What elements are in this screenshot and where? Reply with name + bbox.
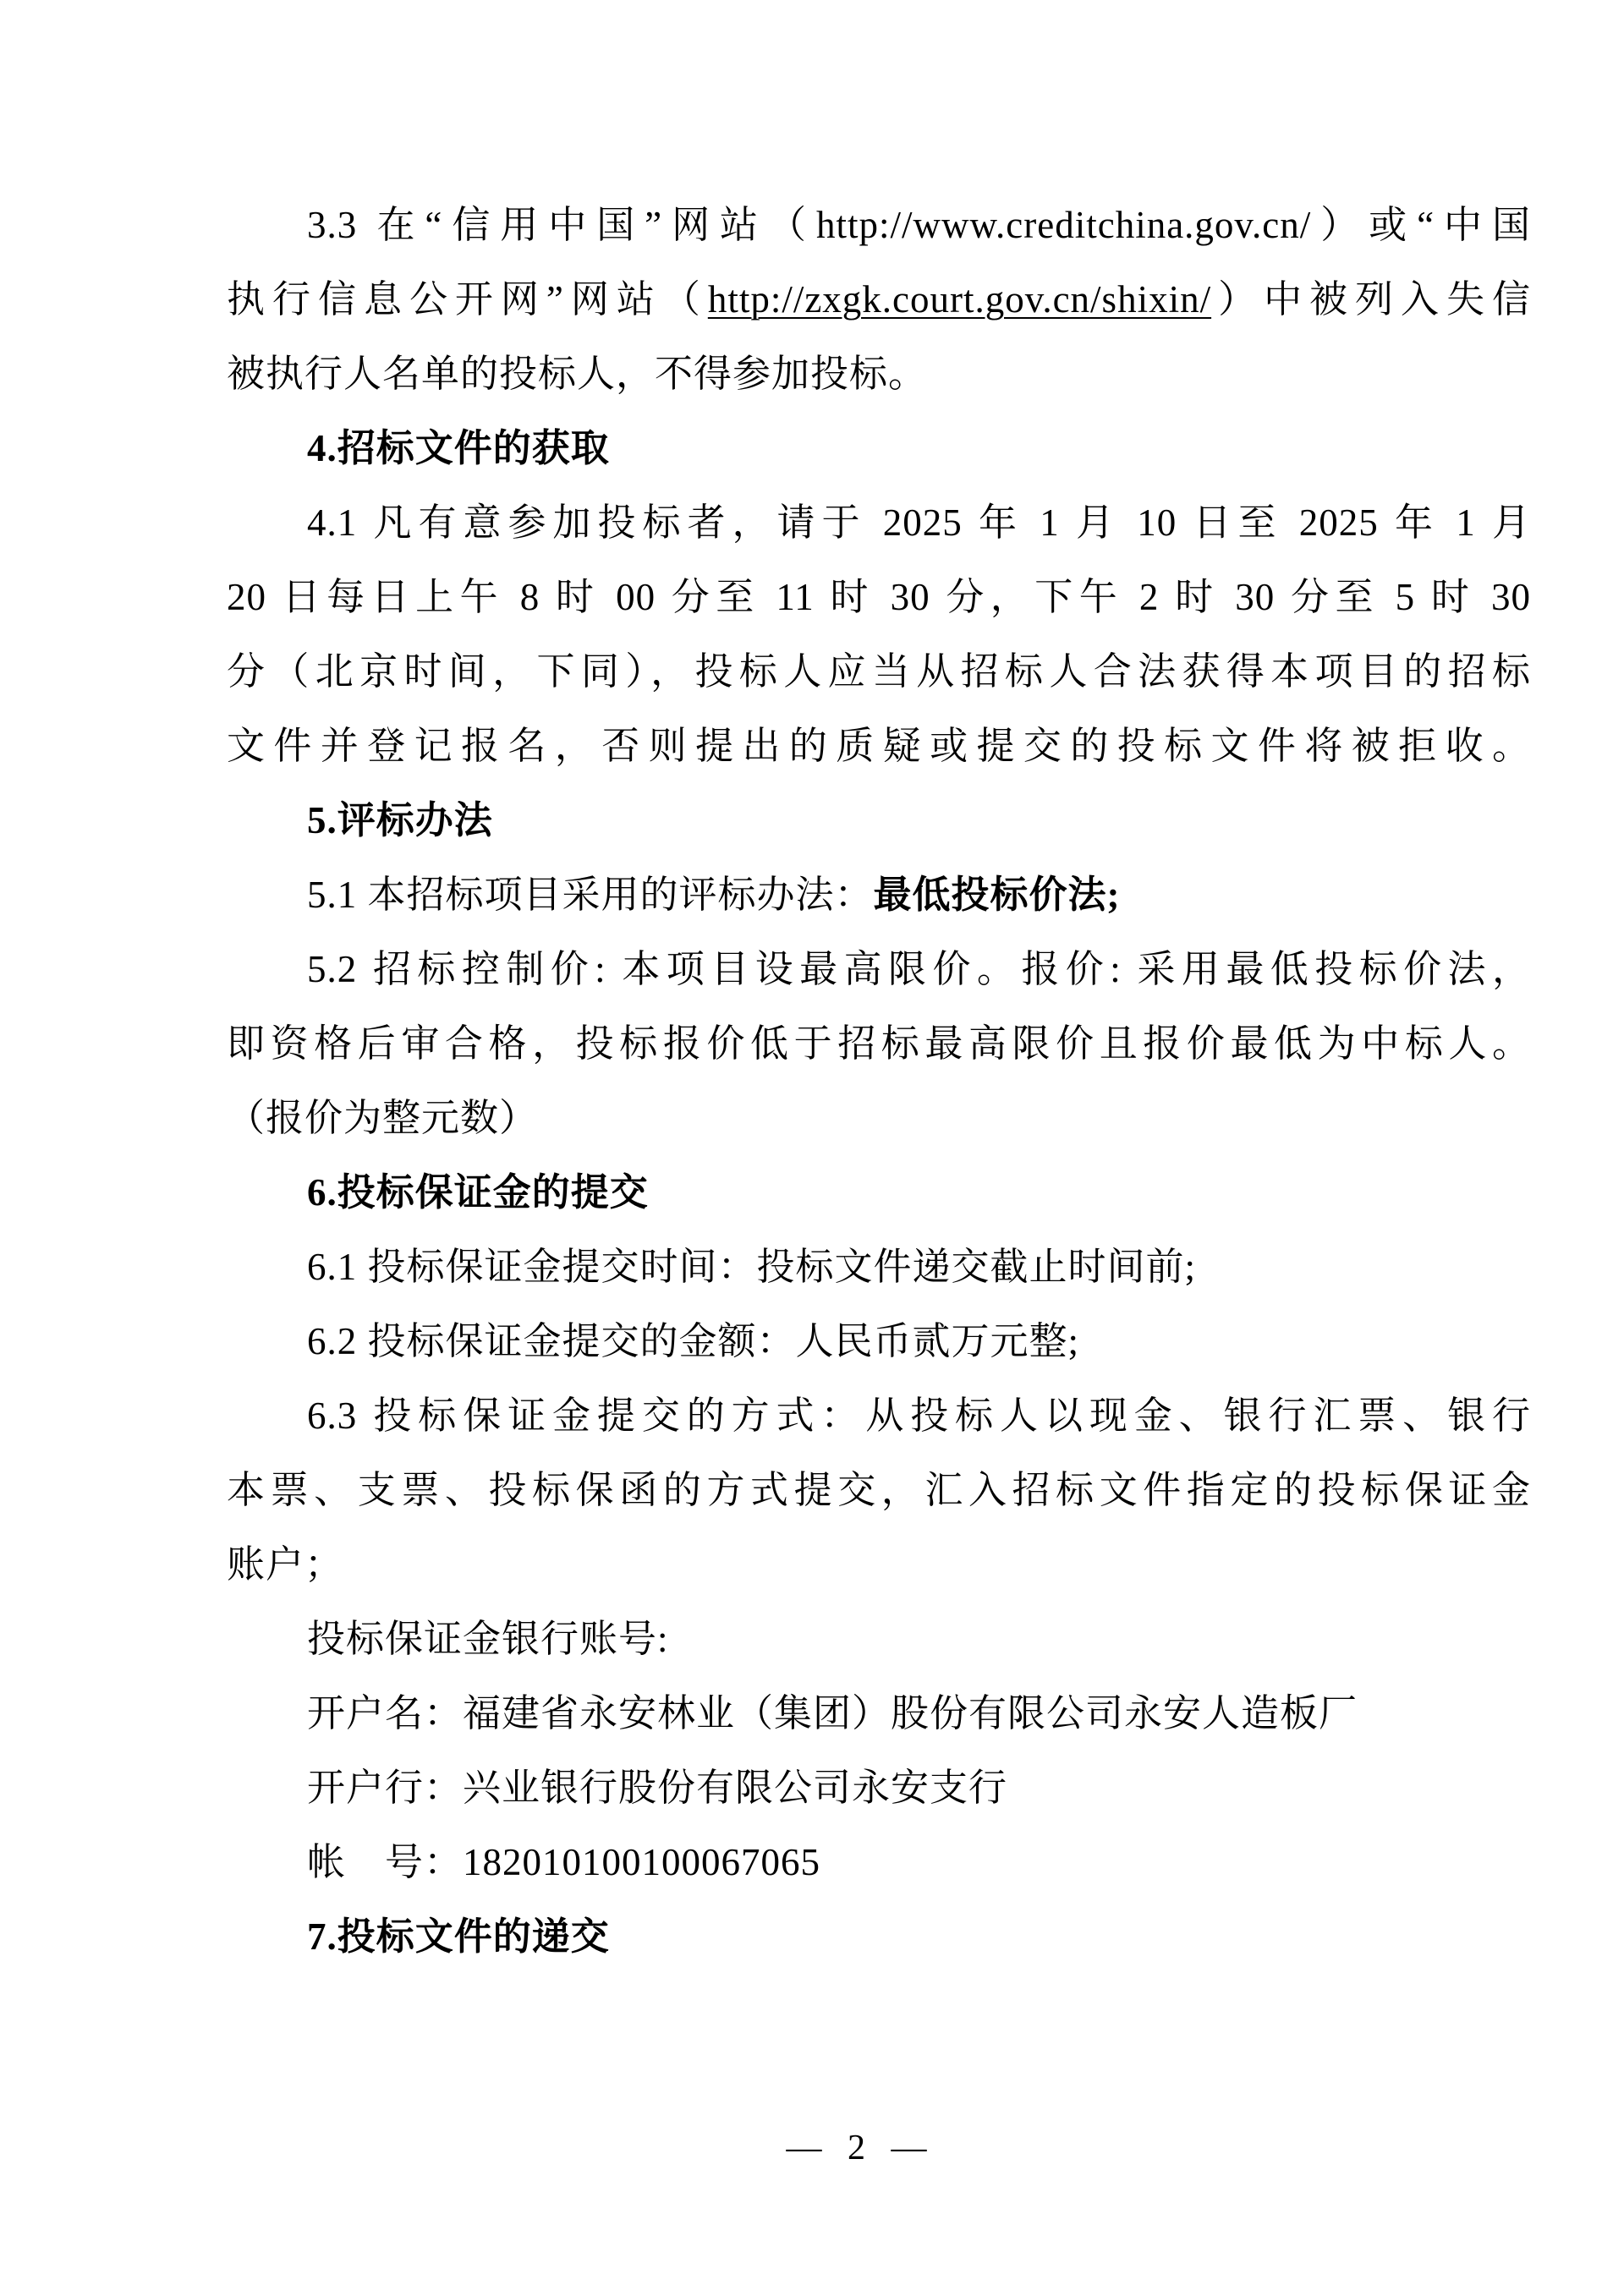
heading-line: 7.投标文件的递交 — [227, 1899, 1531, 1974]
text-line: 6.1 投标保证金提交时间：投标文件递交截止时间前; — [227, 1230, 1531, 1304]
text-line: 6.2 投标保证金提交的金额：人民币贰万元整; — [227, 1304, 1531, 1378]
text-line: 分（北京时间，下同），投标人应当从招标人合法获得本项目的招标 — [227, 634, 1531, 709]
emphasized-text: 最低投标价法; — [874, 874, 1121, 916]
text-line: 文件并登记报名，否则提出的质疑或提交的投标文件将被拒收。 — [227, 709, 1531, 783]
text-line: （报价为整元数） — [227, 1081, 1531, 1155]
text-line: 5.1 本招标项目采用的评标办法：最低投标价法; — [227, 858, 1531, 932]
hyperlink-underline: http://zxgk.court.gov.cn/shixin/ — [708, 278, 1211, 321]
text-line: 被执行人名单的投标人，不得参加投标。 — [227, 337, 1531, 411]
text-line: 开户行：兴业银行股份有限公司永安支行 — [227, 1751, 1531, 1825]
text-line: 5.2 招标控制价: 本项目设最高限价。报价: 采用最低投标价法， — [227, 932, 1531, 1006]
text-line: 20 日每日上午 8 时 00 分至 11 时 30 分，下午 2 时 30 分… — [227, 560, 1531, 634]
page-number: — 2 — — [0, 2128, 1624, 2168]
text-line: 本票、支票、投标保函的方式提交，汇入招标文件指定的投标保证金 — [227, 1453, 1531, 1527]
text-line: 账户； — [227, 1527, 1531, 1602]
heading-line: 4.招标文件的获取 — [227, 411, 1531, 485]
text-line: 帐 号：182010100100067065 — [227, 1825, 1531, 1899]
text-line: 投标保证金银行账号: — [227, 1602, 1531, 1676]
text-line: 开户名：福建省永安林业（集团）股份有限公司永安人造板厂 — [227, 1676, 1531, 1751]
text-line: 6.3 投标保证金提交的方式：从投标人以现金、银行汇票、银行 — [227, 1378, 1531, 1453]
text-line: 3.3 在“信用中国”网站（http://www.creditchina.gov… — [227, 188, 1531, 262]
document-page: 3.3 在“信用中国”网站（http://www.creditchina.gov… — [0, 0, 1624, 2296]
heading-line: 5.评标办法 — [227, 783, 1531, 858]
document-body: 3.3 在“信用中国”网站（http://www.creditchina.gov… — [227, 188, 1531, 1974]
heading-line: 6.投标保证金的提交 — [227, 1155, 1531, 1230]
text-line: 4.1 凡有意参加投标者，请于 2025 年 1 月 10 日至 2025 年 … — [227, 485, 1531, 560]
text-line: 执行信息公开网”网站（http://zxgk.court.gov.cn/shix… — [227, 262, 1531, 337]
text-line: 即资格后审合格，投标报价低于招标最高限价且报价最低为中标人。 — [227, 1006, 1531, 1081]
